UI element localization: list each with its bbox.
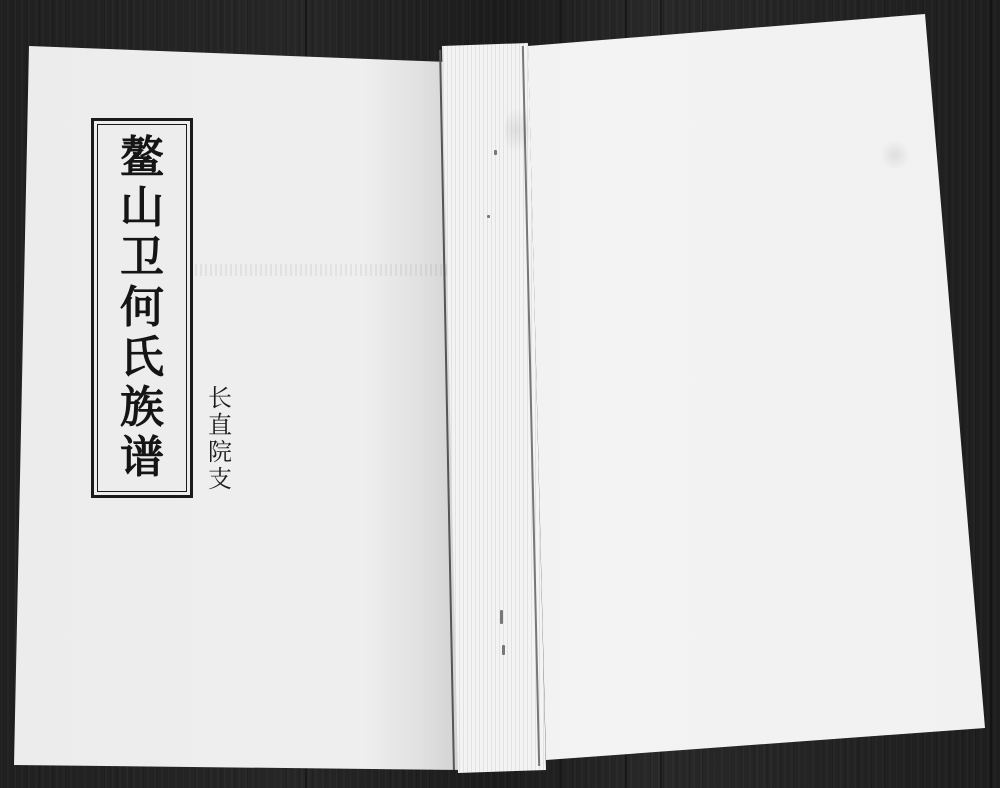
subtitle-char: 院 — [208, 439, 232, 466]
subtitle-char: 支 — [208, 466, 232, 493]
title-char: 何 — [120, 283, 164, 333]
title-char: 卫 — [120, 233, 164, 283]
spine-speck — [494, 150, 497, 155]
spine-speck — [500, 610, 503, 624]
paper-stain — [880, 140, 910, 170]
bleed-through-text — [195, 264, 450, 276]
title-char: 氏 — [120, 333, 164, 383]
plank-seam — [990, 0, 992, 788]
spine-speck — [487, 215, 490, 218]
subtitle-char: 长 — [208, 385, 232, 412]
spine-speck — [502, 645, 505, 655]
title-frame-inner: 鳌 山 卫 何 氏 族 谱 — [97, 124, 187, 492]
title-char: 鳌 — [120, 133, 164, 183]
paper-stain — [505, 100, 529, 160]
title-frame: 鳌 山 卫 何 氏 族 谱 — [91, 118, 193, 498]
title-char: 族 — [120, 383, 164, 433]
subtitle-char: 直 — [208, 412, 232, 439]
title-char: 谱 — [120, 433, 164, 483]
subtitle-branch: 长 直 院 支 — [205, 385, 235, 493]
title-char: 山 — [120, 183, 164, 233]
